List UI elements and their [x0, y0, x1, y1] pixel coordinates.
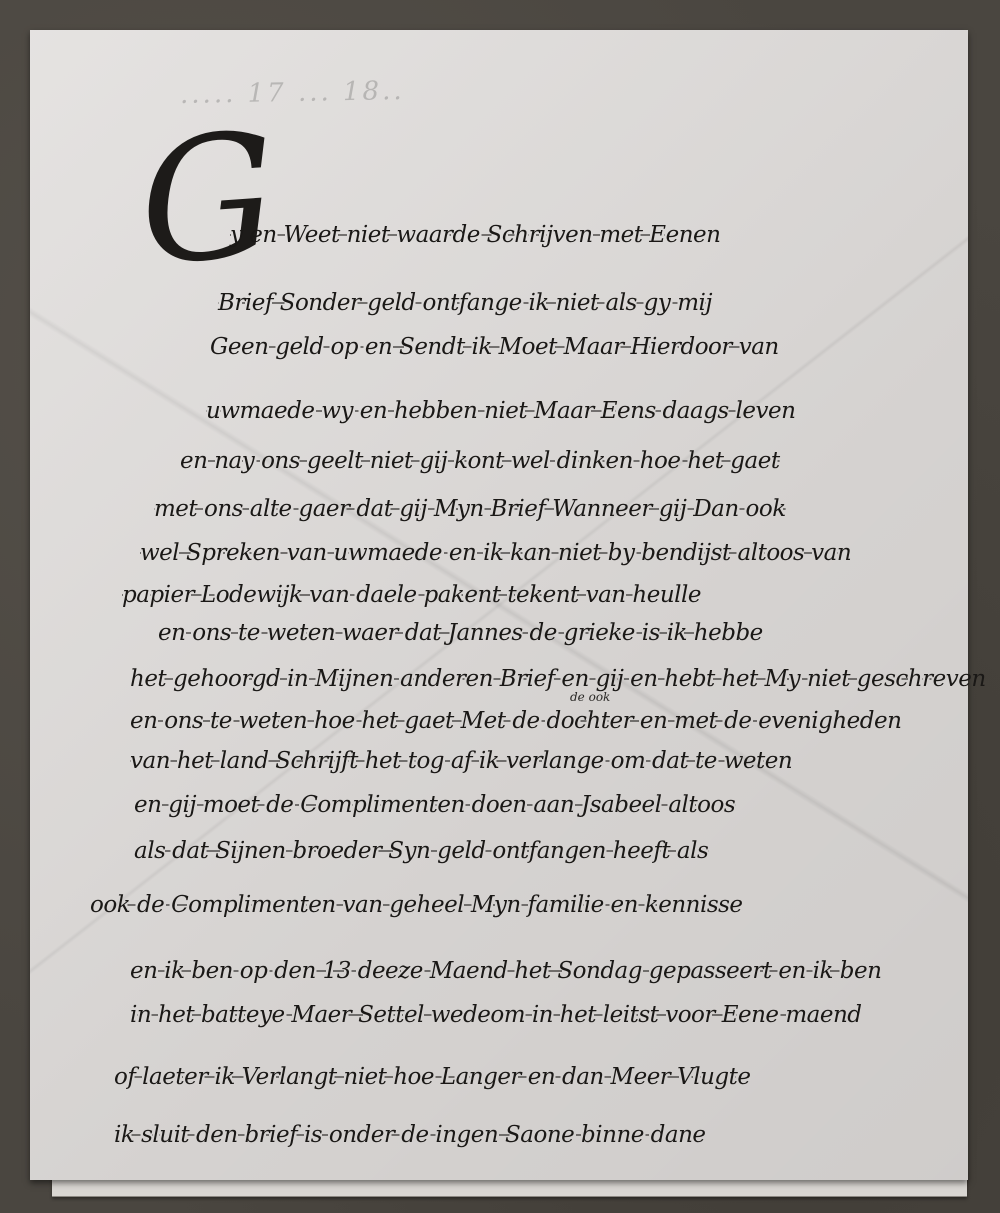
letter-line-2: Brief Sonder geld ontfange ik niet als g…: [218, 290, 712, 316]
letter-line-16: en ik ben op den 13 deeze Maend het Sond…: [130, 958, 881, 984]
letter-line-19: ik sluit den brief is onder de ingen Sao…: [114, 1122, 706, 1148]
letter-line-17: in het batteye Maer Settel wedeom in het…: [130, 1002, 862, 1028]
letter-line-14: als dat Sijnen broeder Syn geld ontfange…: [134, 838, 708, 864]
letter-line-18: of laeter ik Verlangt niet hoe Langer en…: [114, 1064, 750, 1090]
letter-line-5: en nay ons geelt niet gij kont wel dinke…: [180, 448, 780, 474]
letter-line-7: wel Spreken van uwmaede en ik kan niet b…: [140, 540, 851, 566]
decorative-initial: G: [134, 110, 281, 289]
letter-line-15: ook de Complimenten van geheel Myn famil…: [90, 892, 743, 918]
letter-line-8: papier Lodewijk van daele pakent tekent …: [122, 582, 701, 608]
letter-line-4: uwmaede wy en hebben niet Maar Eens daag…: [206, 398, 795, 424]
letter-line-10: het gehoorgd in Mijnen anderen Brief en …: [130, 666, 986, 692]
letter-line-9: en ons te weten waer dat Jannes de griek…: [158, 620, 763, 646]
letter-line-13: en gij moet de Complimenten doen aan Jsa…: [134, 792, 735, 818]
letter-page: ..... 17 ... 18.. G y en Weet niet waard…: [30, 30, 968, 1180]
letter-line-1: y en Weet niet waarde Schrijven met Eene…: [230, 222, 720, 248]
interlinear-note: de ook: [570, 690, 610, 704]
letter-line-11: en ons te weten hoe het gaet Met de doch…: [130, 708, 901, 734]
letter-line-6: met ons alte gaer dat gij Myn Brief Wann…: [154, 496, 786, 522]
letter-line-12: van het land Schrijft het tog af ik verl…: [130, 748, 792, 774]
letter-line-3: Geen geld op en Sendt ik Moet Maar Hierd…: [210, 334, 779, 360]
